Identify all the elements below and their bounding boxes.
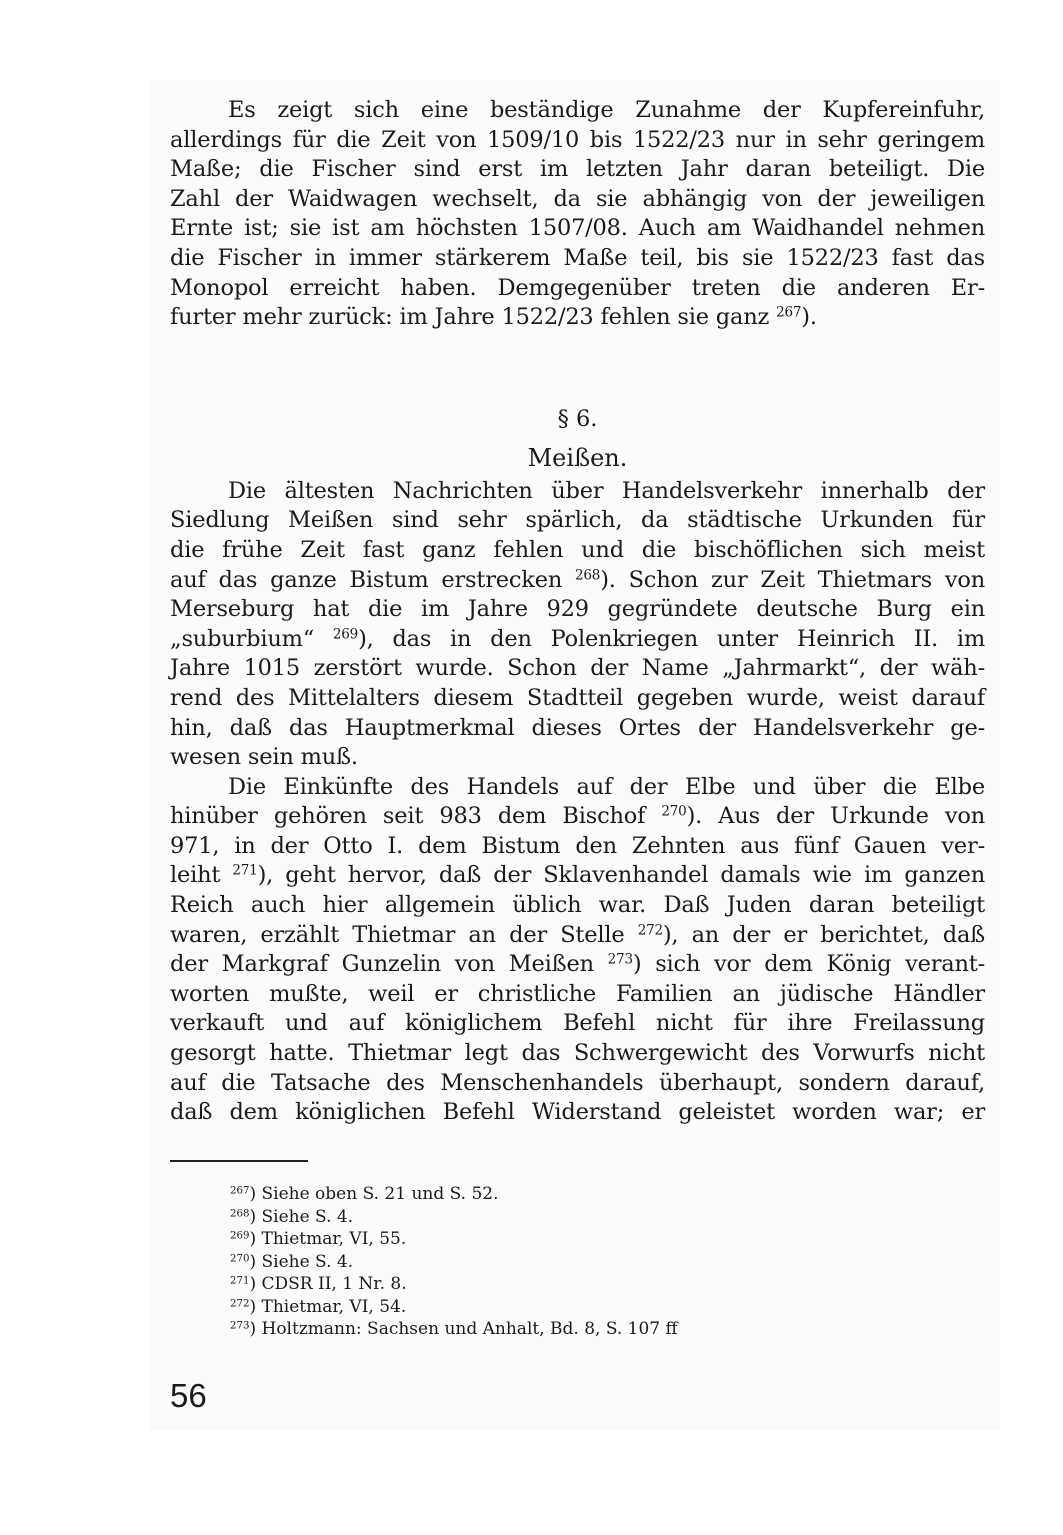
paragraph-elbe-trade-slavery: Die Einkünfte des Handels auf der Elbe u… bbox=[170, 773, 985, 1128]
text-line: die frühe Zeit fast ganz fehlen und die … bbox=[170, 536, 985, 566]
footnote-text: ) Thietmar, VI, 55. bbox=[249, 1229, 406, 1249]
footnote-number: 270 bbox=[230, 1253, 249, 1264]
text-line: hinüber gehören seit 983 dem Bischof 270… bbox=[170, 802, 985, 832]
text-line: Jahre 1015 zerstört wurde. Schon der Nam… bbox=[170, 654, 985, 684]
footnote-number: 268 bbox=[230, 1208, 249, 1219]
footnote-number: 271 bbox=[230, 1275, 249, 1286]
footnote-number: 272 bbox=[230, 1298, 249, 1309]
text-line: allerdings für die Zeit von 1509/10 bis … bbox=[170, 126, 985, 156]
text-segment: ), an der er berichtet, daß bbox=[663, 922, 985, 948]
text-segment: waren, erzählt Thietmar an der Stelle bbox=[170, 922, 624, 948]
text-line: „suburbium“ 269), das in den Polenkriege… bbox=[170, 625, 985, 655]
text-line: der Markgraf Gunzelin von Meißen 273) si… bbox=[170, 950, 985, 980]
text-segment: „suburbium“ bbox=[170, 626, 314, 652]
text-line: daß dem königlichen Befehl Widerstand ge… bbox=[170, 1098, 985, 1128]
text-line: Reich auch hier allgemein üblich war. Da… bbox=[170, 891, 985, 921]
paragraph-meissen-early-trade: Die ältesten Nachrichten über Handelsver… bbox=[170, 477, 985, 773]
paragraph-copper-waid-trade: Es zeigt sich eine beständige Zunahme de… bbox=[170, 96, 985, 333]
text-segment: auf das ganze Bistum erstrecken bbox=[170, 567, 562, 593]
text-line: hin, daß das Hauptmerkmal dieses Ortes d… bbox=[170, 714, 985, 744]
footnote-reference: 269 bbox=[333, 626, 358, 642]
footnote-269: 269) Thietmar, VI, 55. bbox=[230, 1228, 678, 1251]
text-segment: furter mehr zurück: im Jahre 1522/23 feh… bbox=[170, 304, 769, 330]
footnote-text: ) CDSR II, 1 Nr. 8. bbox=[249, 1274, 406, 1294]
text-line: furter mehr zurück: im Jahre 1522/23 feh… bbox=[170, 303, 985, 333]
footnote-reference: 272 bbox=[638, 922, 663, 938]
text-line: auf das ganze Bistum erstrecken 268). Sc… bbox=[170, 566, 985, 596]
page-body: Es zeigt sich eine beständige Zunahme de… bbox=[170, 96, 985, 1128]
text-line: 971, in der Otto I. dem Bistum den Zehnt… bbox=[170, 832, 985, 862]
footnote-text: ) Siehe S. 4. bbox=[249, 1207, 353, 1227]
footnote-reference: 267 bbox=[776, 305, 801, 321]
text-line: Maße; die Fischer sind erst im letzten J… bbox=[170, 155, 985, 185]
text-line: Zahl der Waidwagen wechselt, da sie abhä… bbox=[170, 185, 985, 215]
text-line: Es zeigt sich eine beständige Zunahme de… bbox=[170, 96, 985, 126]
text-line: rend des Mittelalters diesem Stadtteil g… bbox=[170, 684, 985, 714]
footnote-268: 268) Siehe S. 4. bbox=[230, 1206, 678, 1229]
text-line: Die ältesten Nachrichten über Handelsver… bbox=[170, 477, 985, 507]
text-line: Ernte ist; sie ist am höchsten 1507/08. … bbox=[170, 214, 985, 244]
footnote-267: 267) Siehe oben S. 21 und S. 52. bbox=[230, 1183, 678, 1206]
text-segment: ). Schon zur Zeit Thietmars von bbox=[600, 567, 985, 593]
section-number: § 6. bbox=[170, 399, 985, 439]
text-line: waren, erzählt Thietmar an der Stelle 27… bbox=[170, 921, 985, 951]
footnote-271: 271) CDSR II, 1 Nr. 8. bbox=[230, 1273, 678, 1296]
text-line: leiht 271), geht hervor, daß der Sklaven… bbox=[170, 861, 985, 891]
footnote-text: ) Siehe oben S. 21 und S. 52. bbox=[249, 1184, 498, 1204]
text-line: Die Einkünfte des Handels auf der Elbe u… bbox=[170, 773, 985, 803]
text-line: Merseburg hat die im Jahre 929 gegründet… bbox=[170, 595, 985, 625]
text-line: die Fischer in immer stärkerem Maße teil… bbox=[170, 244, 985, 274]
footnote-270: 270) Siehe S. 4. bbox=[230, 1251, 678, 1274]
footnote-text: ) Holtzmann: Sachsen und Anhalt, Bd. 8, … bbox=[249, 1319, 677, 1339]
text-line: verkauft und auf königlichem Befehl nich… bbox=[170, 1009, 985, 1039]
footnotes: 267) Siehe oben S. 21 und S. 52. 268) Si… bbox=[230, 1183, 678, 1341]
text-segment: ). Aus der Urkunde von bbox=[687, 803, 985, 829]
footnote-272: 272) Thietmar, VI, 54. bbox=[230, 1296, 678, 1319]
footnote-reference: 271 bbox=[232, 863, 257, 879]
text-line: auf die Tatsache des Menschenhandels übe… bbox=[170, 1069, 985, 1099]
footnote-number: 267 bbox=[230, 1185, 249, 1196]
footnote-reference: 270 bbox=[661, 804, 686, 820]
footnote-separator bbox=[170, 1160, 308, 1162]
footnote-text: ) Siehe S. 4. bbox=[249, 1252, 353, 1272]
page-number: 56 bbox=[170, 1376, 207, 1416]
text-line: gesorgt hatte. Thietmar legt das Schwerg… bbox=[170, 1039, 985, 1069]
footnote-number: 273 bbox=[230, 1320, 249, 1331]
text-segment: ). bbox=[801, 304, 817, 330]
text-segment: ), das in den Polenkriegen unter Heinric… bbox=[358, 626, 985, 652]
footnote-reference: 273 bbox=[608, 952, 633, 968]
text-line: Siedlung Meißen sind sehr spärlich, da s… bbox=[170, 506, 985, 536]
text-segment: der Markgraf Gunzelin von Meißen bbox=[170, 951, 594, 977]
footnote-273: 273) Holtzmann: Sachsen und Anhalt, Bd. … bbox=[230, 1318, 678, 1341]
footnote-reference: 268 bbox=[575, 567, 600, 583]
footnote-number: 269 bbox=[230, 1230, 249, 1241]
section-title: Meißen. bbox=[170, 439, 985, 477]
text-segment: ), geht hervor, daß der Sklavenhandel da… bbox=[258, 862, 985, 888]
footnote-text: ) Thietmar, VI, 54. bbox=[249, 1297, 406, 1317]
text-line: worten mußte, weil er christliche Famili… bbox=[170, 980, 985, 1010]
text-segment: ) sich vor dem König verant- bbox=[633, 951, 985, 977]
text-segment: hinüber gehören seit 983 dem Bischof bbox=[170, 803, 645, 829]
text-line: Monopol erreicht haben. Demgegenüber tre… bbox=[170, 274, 985, 304]
text-segment: leiht bbox=[170, 862, 220, 888]
text-line: wesen sein muß. bbox=[170, 743, 985, 773]
